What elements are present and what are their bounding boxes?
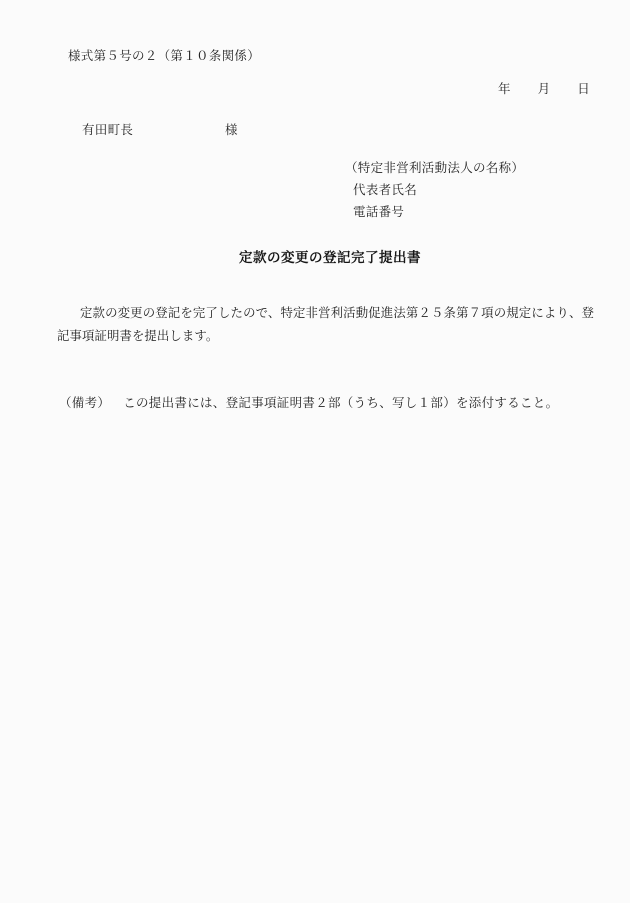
date-year-label: 年 bbox=[498, 81, 511, 98]
addressee-line: 有田町長 様 bbox=[82, 122, 382, 139]
addressee-honorific: 様 bbox=[225, 122, 238, 139]
date-line: 年 月 日 bbox=[498, 81, 590, 98]
remark-line: （備考）この提出書には、登記事項証明書２部（うち、写し１部）を添付すること。 bbox=[59, 395, 558, 412]
sender-block: （特定非営利活動法人の名称） 代表者氏名 電話番号 bbox=[345, 157, 524, 223]
document-title: 定款の変更の登記完了提出書 bbox=[150, 246, 510, 266]
sender-phone-label: 電話番号 bbox=[345, 201, 524, 223]
document-page: 様式第５号の２（第１０条関係） 年 月 日 有田町長 様 （特定非営利活動法人の… bbox=[0, 0, 630, 903]
form-number: 様式第５号の２（第１０条関係） bbox=[68, 48, 260, 65]
date-day-label: 日 bbox=[577, 81, 590, 98]
remark-label: （備考） bbox=[59, 395, 110, 410]
addressee-name: 有田町長 bbox=[82, 122, 133, 137]
sender-representative-label: 代表者氏名 bbox=[345, 179, 524, 201]
sender-org-name-label: （特定非営利活動法人の名称） bbox=[345, 157, 524, 179]
remark-text: この提出書には、登記事項証明書２部（うち、写し１部）を添付すること。 bbox=[123, 395, 558, 410]
date-month-label: 月 bbox=[538, 81, 551, 98]
body-paragraph: 定款の変更の登記を完了したので、特定非営利活動促進法第２５条第７項の規定により、… bbox=[57, 302, 594, 347]
